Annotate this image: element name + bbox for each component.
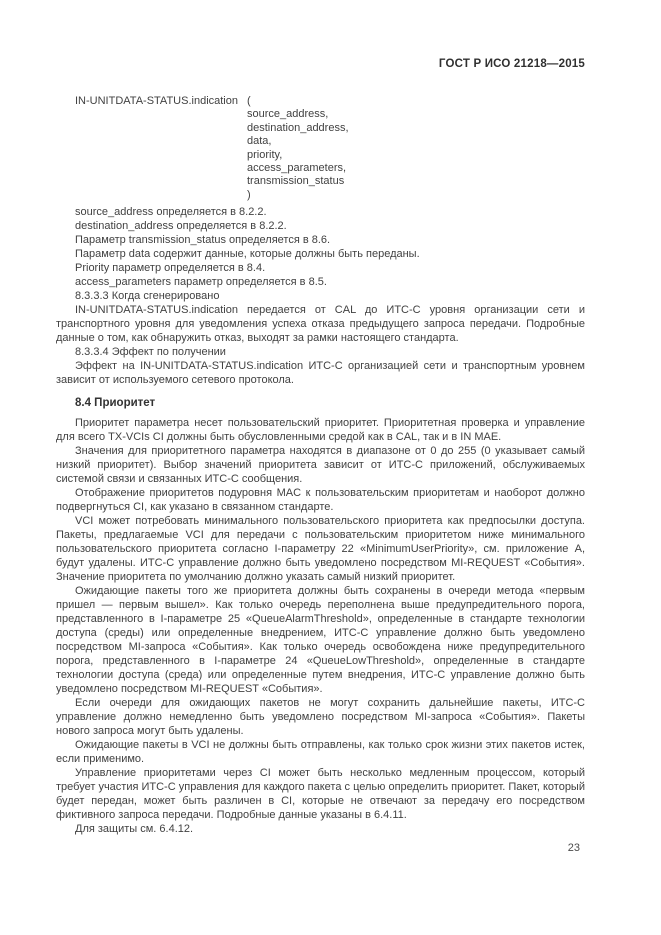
definition-line: destination_address определяется в 8.2.2… [56,219,585,233]
definition-line: access_parameters параметр определяется … [56,275,585,289]
primitive-parameter-list: ( source_address, destination_address, d… [247,95,349,202]
parameter-line: source_address, [247,108,349,121]
paragraph: IN-UNITDATA-STATUS.indication передается… [56,303,585,345]
close-paren: ) [247,189,349,202]
open-paren: ( [247,95,349,108]
paragraph: Отображение приоритетов подуровня MAC к … [56,486,585,514]
paragraph: Эффект на IN-UNITDATA-STATUS.indication … [56,359,585,387]
definition-line: Параметр transmission_status определяетс… [56,233,585,247]
parameter-line: transmission_status [247,175,349,188]
subclause-title-8333: 8.3.3.3 Когда сгенерировано [56,289,585,303]
page-body: IN-UNITDATA-STATUS.indication ( source_a… [56,95,585,836]
parameter-line: destination_address, [247,122,349,135]
definition-line: Priority параметр определяется в 8.4. [56,261,585,275]
paragraph: Ожидающие пакеты в VCI не должны быть от… [56,738,585,766]
subclause-title-8334: 8.3.3.4 Эффект по получении [56,345,585,359]
section-heading-84: 8.4 Приоритет [56,396,585,410]
definition-line: source_address определяется в 8.2.2. [56,205,585,219]
service-primitive-signature: IN-UNITDATA-STATUS.indication ( source_a… [56,95,585,202]
primitive-name: IN-UNITDATA-STATUS.indication [75,95,247,202]
parameter-line: data, [247,135,349,148]
parameter-line: access_parameters, [247,162,349,175]
paragraph: Управление приоритетами через CI может б… [56,766,585,822]
paragraph: Если очереди для ожидающих пакетов не мо… [56,696,585,738]
definition-line: Параметр data содержит данные, которые д… [56,247,585,261]
paragraph: Ожидающие пакеты того же приоритета долж… [56,584,585,696]
paragraph: Приоритет параметра несет пользовательск… [56,416,585,444]
document-page: ГОСТ Р ИСО 21218—2015 IN-UNITDATA-STATUS… [0,0,661,935]
page-number: 23 [568,841,580,855]
paragraph: VCI может потребовать минимального польз… [56,514,585,584]
paragraph: Значения для приоритетного параметра нах… [56,444,585,486]
standard-designation-header: ГОСТ Р ИСО 21218—2015 [56,57,585,71]
parameter-line: priority, [247,149,349,162]
paragraph: Для защиты см. 6.4.12. [56,822,585,836]
